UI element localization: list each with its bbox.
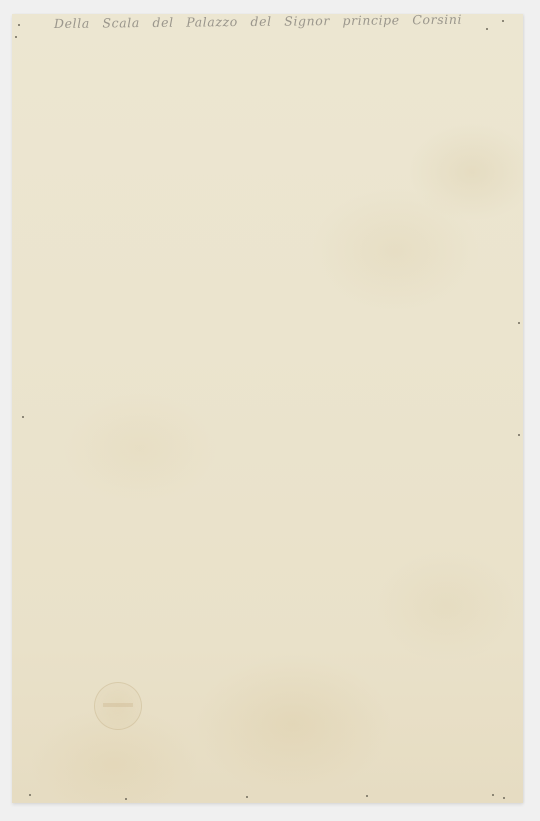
pin-hole	[22, 416, 24, 418]
pin-hole	[29, 794, 31, 796]
pin-hole	[518, 322, 520, 324]
collector-stamp	[94, 682, 142, 730]
pin-hole	[518, 434, 520, 436]
pin-hole	[503, 797, 505, 799]
pin-hole	[486, 28, 488, 30]
stamp-band	[103, 703, 133, 707]
pin-hole	[15, 36, 17, 38]
pin-hole	[502, 20, 504, 22]
pin-hole	[18, 24, 20, 26]
pin-hole	[492, 794, 494, 796]
pin-hole	[246, 796, 248, 798]
pin-hole	[366, 795, 368, 797]
paper-sheet: Della Scala del Palazzo del Signor princ…	[12, 14, 523, 803]
handwritten-inscription: Della Scala del Palazzo del Signor princ…	[54, 11, 524, 31]
pin-hole	[125, 798, 127, 800]
